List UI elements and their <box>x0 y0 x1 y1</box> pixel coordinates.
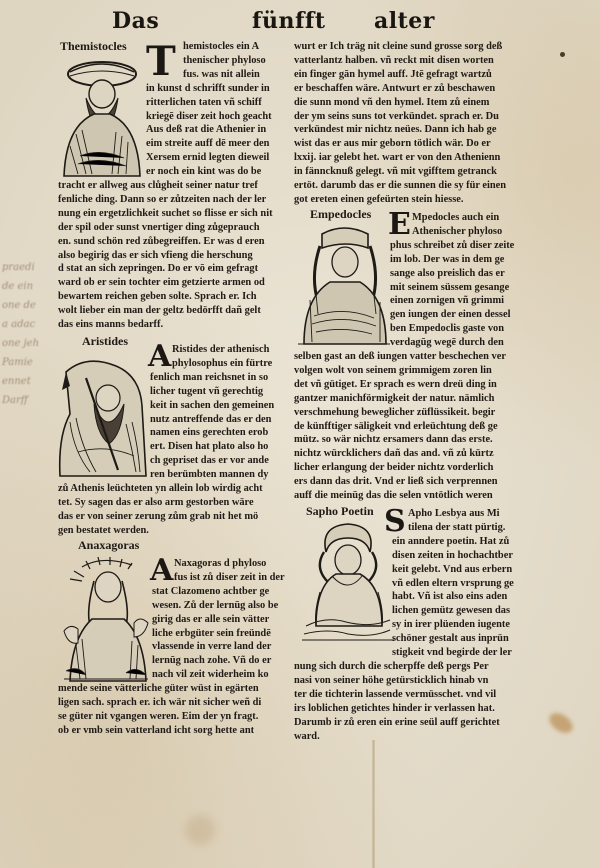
text-line: nutz antreffende das er den <box>150 413 274 427</box>
initial-capital: A <box>150 556 173 586</box>
text-line: tracht er allweg aus clůgheit seiner nat… <box>58 179 273 193</box>
text-line: in fänncknuß gelegt. vñ mit vgifftem get… <box>294 165 506 179</box>
text-line: tet. Sy sagen das er also arm gestorben … <box>58 496 263 510</box>
section-text-themistocles-full: tracht er allweg aus clůgheit seiner nat… <box>58 179 273 332</box>
text-line: zů Athenis leüchteten yn allein lob wird… <box>58 482 263 496</box>
text-line: er beschaffen wäre. Antwurt er zů bescha… <box>294 82 506 96</box>
text-line: nung ein ergetzlichkeit suchet so flisse… <box>58 207 273 221</box>
section-text-aristides-cont: fenlich man reichsnet in so licher tugen… <box>150 371 274 482</box>
text-line: fus ist zů diser zeit in der <box>174 571 285 585</box>
marginalia-line: one jeh <box>2 334 62 353</box>
section-text-empedocles-cont: phus schreibet zů diser zeite im lob. De… <box>390 239 514 350</box>
text-line: gen bestatet werden. <box>58 524 263 538</box>
text-line: namen eins gerechten erob <box>150 426 274 440</box>
text-line: got ereten einen gefeürten stein hiesse. <box>294 193 506 207</box>
text-line: licher erlangung der beider nichtz vorde… <box>294 461 506 475</box>
ink-spot <box>560 52 565 57</box>
marginalia-line: praedi <box>2 258 62 277</box>
text-line: ein finger gān hymel auff. Jtē gefragt w… <box>294 68 506 82</box>
text-line: vlassende in verre land der <box>152 640 278 654</box>
text-line: ward ob er sein tochter eim getzierte ar… <box>58 276 273 290</box>
marginalia-line: de ein <box>2 277 62 296</box>
section-text-themistocles: hemistocles ein A thenischer phyloso fus… <box>183 40 266 82</box>
text-line: kriegē diser zeit hoch geacht <box>146 110 272 124</box>
portrait-woodcut-sapho <box>302 522 394 644</box>
text-line: schöner gestalt aus inprün <box>392 632 514 646</box>
section-text-themistocles-right: wurt er Ich träg nit cleine sund grosse … <box>294 40 506 207</box>
text-line: tilena der statt pürtig. <box>408 521 505 535</box>
text-line: fenlich man reichsnet in so <box>150 371 274 385</box>
section-text-anaxagoras-full: mende seine vätterliche güter wüst in eg… <box>58 682 261 738</box>
text-line: lernūg nach zohe. Vñ do er <box>152 654 278 668</box>
portrait-woodcut-empedocles <box>298 222 390 346</box>
portrait-woodcut-themistocles <box>56 54 148 178</box>
text-line: lichen gemütz gewesen das <box>392 604 514 618</box>
text-line: gantzer manichförmigkeit der natur. näml… <box>294 392 506 406</box>
text-line: er noch ein kint was do be <box>146 165 272 179</box>
text-line: bewartem reichen geben solte. Sprach er.… <box>58 290 273 304</box>
text-line: das er von seiner zerung zům grab nit he… <box>58 510 263 524</box>
text-line: Apho Lesbya aus Mi <box>408 507 505 521</box>
text-line: der spil oder sunst vnertiger ding zůgep… <box>58 221 273 235</box>
text-line: eim streite auff dē meer den <box>146 137 272 151</box>
text-line: wolt lieber ein man der geltz bedörfft d… <box>58 304 273 318</box>
text-line: nach vil zeit widerheim ko <box>152 668 278 682</box>
text-line: ert. Disen hat plato also ho <box>150 440 274 454</box>
text-line: disen zeiten in hochachtber <box>392 549 514 563</box>
text-line: irs loblichen getichtes hinder ir verlas… <box>294 702 500 716</box>
text-line: ritterlichen taten vñ schiff <box>146 96 272 110</box>
section-text-sapho-cont: ein anndere poetin. Hat zů disen zeiten … <box>392 535 514 660</box>
text-line: also begirig das er sich vfieng die hers… <box>58 249 273 263</box>
running-head-word: fünfft <box>252 8 326 34</box>
marginalia-line: Pamie <box>2 353 62 372</box>
text-line: liche erbgüter sein freündē <box>152 627 278 641</box>
section-text-aristides: Ristides der athenisch phylosophus ein f… <box>172 343 272 371</box>
text-line: keit gelebt. Vnd aus erbern <box>392 563 514 577</box>
text-line: ch gepriset das er vor ande <box>150 454 274 468</box>
section-name-aristides: Aristides <box>82 334 128 349</box>
text-line: ob er vmb sein vatterland icht sorg hett… <box>58 724 261 738</box>
text-line: der ym seins suns tot verkündet. sprach … <box>294 110 506 124</box>
text-line: volgen wolt von seinem grimmigem zoren l… <box>294 364 506 378</box>
text-line: hemistocles ein A <box>183 40 266 54</box>
text-line: ward. <box>294 730 500 744</box>
section-name-sapho: Sapho Poetin <box>306 504 374 519</box>
text-line: sange also preislich das er <box>390 267 514 281</box>
section-name-themistocles: Themistocles <box>60 39 127 54</box>
text-line: licher tugent vñ gerechtig <box>150 385 274 399</box>
running-head-word: Das <box>112 8 159 34</box>
initial-capital: E <box>388 210 411 240</box>
text-line: nichtz würcklichers dañ das and. vñ zů k… <box>294 447 506 461</box>
marginalia-line: one de <box>2 296 62 315</box>
text-line: habt. Vñ ist also eins aden <box>392 590 514 604</box>
section-text-sapho-full: nung sich durch die scherpffe deß pergs … <box>294 660 500 743</box>
text-line: wist das er aus mir geborn tötlich wär. … <box>294 137 506 151</box>
text-line: se güter nit vgangen weren. Eim der yn f… <box>58 710 261 724</box>
section-text-aristides-full: zů Athenis leüchteten yn allein lob wird… <box>58 482 263 538</box>
section-text-sapho: Apho Lesbya aus Mi tilena der statt pürt… <box>408 507 505 535</box>
text-line: nung sich durch die scherpffe deß pergs … <box>294 660 500 674</box>
text-line: fenliche ding. Dann so er zůtzeiten nach… <box>58 193 273 207</box>
section-name-empedocles: Empedocles <box>310 207 371 222</box>
text-line: keit in sachen den gemeinen <box>150 399 274 413</box>
foxing-stain <box>546 709 576 737</box>
initial-capital: S <box>384 507 406 537</box>
portrait-woodcut-anaxagoras <box>60 553 152 683</box>
text-line: en. sund schön red zůbegreiffen. Er was … <box>58 235 273 249</box>
text-line: auff die meinūg das die selen vntötlich … <box>294 489 506 503</box>
section-text-anaxagoras-cont: stat Clazomeno achtber ge wesen. Zů der … <box>152 585 278 682</box>
text-line: mütz. so wär nichtz ersamers dann das er… <box>294 433 506 447</box>
text-line: mit seinem süssem gesange <box>390 281 514 295</box>
text-line: vatterlantz halben. vñ reckt mit disen w… <box>294 54 506 68</box>
text-line: gen iungen der einen dessel <box>390 308 514 322</box>
text-line: einen zornigen vñ grimmi <box>390 294 514 308</box>
section-text-empedocles-full: selben gast an deß iungen vatter beschec… <box>294 350 506 503</box>
text-line: verschmehung beweglicher züflüssikeit. b… <box>294 406 506 420</box>
text-line: ren berümbten mannen dy <box>150 468 274 482</box>
marginalia-line: ennet <box>2 372 62 391</box>
text-line: in kunst d schrifft sunder in <box>146 82 272 96</box>
text-line: Aus deß rat die Athenier in <box>146 123 272 137</box>
text-line: phylosophus ein fürtre <box>172 357 272 371</box>
text-line: vñ edlen eltern vrsprung ge <box>392 577 514 591</box>
section-text-themistocles-cont: in kunst d schrifft sunder in ritterlich… <box>146 82 272 179</box>
text-line: nasi von seiner höhe getürsticklich hina… <box>294 674 500 688</box>
text-line: ers dann das drit. Vnd er ließ sich verp… <box>294 475 506 489</box>
text-line: de künfftiger säligkeit vnd erleüchtung … <box>294 420 506 434</box>
foxing-stain <box>185 815 215 845</box>
text-line: thenischer phyloso <box>183 54 266 68</box>
text-line: ertöt. darumb das er die sunnen die sy f… <box>294 179 506 193</box>
portrait-woodcut-aristides <box>56 352 148 482</box>
text-line: verkündest mir nichtz neües. Dann ich ha… <box>294 123 506 137</box>
text-line: mende seine vätterliche güter wüst in eg… <box>58 682 261 696</box>
text-line: d stat an sich zepringen. Do er vō eim g… <box>58 262 273 276</box>
paper-crease <box>372 740 375 868</box>
text-line: Athenischer phyloso <box>412 225 502 239</box>
text-line: det vñ gütiget. Er sprach es wern dreü d… <box>294 378 506 392</box>
section-text-anaxagoras: Naxagoras d phyloso fus ist zů diser zei… <box>174 557 285 585</box>
text-line: wesen. Zů der lernūg also be <box>152 599 278 613</box>
running-head-word: alter <box>374 8 435 34</box>
text-line: das eins manns bedarff. <box>58 318 273 332</box>
text-line: ligen sach. sprach er. ich wär nit siche… <box>58 696 261 710</box>
section-text-empedocles: Mpedocles auch ein Athenischer phyloso <box>412 211 502 239</box>
text-line: girig das er alle sein vätter <box>152 613 278 627</box>
text-line: lxxij. iar gelebt het. wart er von den A… <box>294 151 506 165</box>
text-line: Xersem ernid legten dieweil <box>146 151 272 165</box>
section-name-anaxagoras: Anaxagoras <box>78 538 139 553</box>
text-line: Mpedocles auch ein <box>412 211 502 225</box>
text-line: ter die tichterin lassende vermüsschet. … <box>294 688 500 702</box>
text-line: sy in irer plüenden iugente <box>392 618 514 632</box>
text-line: fus. was nit allein <box>183 68 266 82</box>
text-line: Darumb ir zů eren ein erine seül auff ge… <box>294 716 500 730</box>
text-line: ein anndere poetin. Hat zů <box>392 535 514 549</box>
marginalia-line: a adac <box>2 315 62 334</box>
initial-capital: T <box>146 42 176 82</box>
marginalia-line: Darff <box>2 391 62 410</box>
text-line: ben Empedoclis gaste von <box>390 322 514 336</box>
text-line: im lob. Der was in dem ge <box>390 253 514 267</box>
text-line: Ristides der athenisch <box>172 343 272 357</box>
running-head: Das fünfft alter <box>0 8 600 40</box>
text-line: phus schreibet zů diser zeite <box>390 239 514 253</box>
text-line: selben gast an deß iungen vatter beschec… <box>294 350 506 364</box>
text-line: verdagūg wegē durch den <box>390 336 514 350</box>
text-line: stigkeit vnd begirde der ler <box>392 646 514 660</box>
text-line: die sunn mond vñ den hymel. Item zů eine… <box>294 96 506 110</box>
text-line: wurt er Ich träg nit cleine sund grosse … <box>294 40 506 54</box>
text-line: stat Clazomeno achtber ge <box>152 585 278 599</box>
text-line: Naxagoras d phyloso <box>174 557 285 571</box>
handwritten-marginalia: praedi de ein one de a adac one jeh Pami… <box>2 258 62 410</box>
initial-capital: A <box>148 342 171 372</box>
